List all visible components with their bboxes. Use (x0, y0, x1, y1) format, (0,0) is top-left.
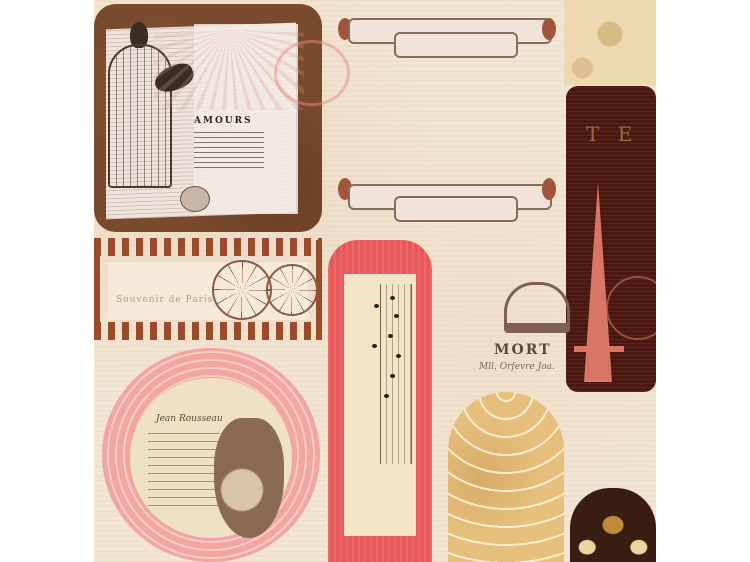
music-note-icon (384, 394, 389, 398)
banner-bottom-front (394, 196, 518, 222)
music-note-icon (390, 296, 395, 300)
banner-top-front (394, 32, 518, 58)
rose-icon (180, 186, 210, 212)
music-note-icon (394, 314, 399, 318)
stripe-card-label: Souvenir de Paris (116, 295, 213, 305)
paris-letters: T E (586, 122, 638, 146)
mort-subtitle: Mll. Orfevre Joa. (479, 362, 555, 372)
music-note-icon (372, 344, 377, 348)
wheel-icon (266, 264, 318, 316)
eiffel-tower-card: T E (566, 86, 656, 392)
wheel-icon (212, 260, 272, 320)
gold-pattern-tag (448, 392, 564, 562)
cupid-ornament-icon (274, 40, 350, 106)
music-note-icon (388, 334, 393, 338)
eiffel-tower-icon (584, 182, 612, 382)
mort-title: MORT (494, 342, 552, 358)
music-note-icon (396, 354, 401, 358)
damask-pattern (564, 0, 656, 85)
music-tag-card (328, 240, 432, 562)
tower-base (574, 346, 624, 352)
scrapbook-paper: AMOURS T E Souvenir de Paris (94, 0, 656, 562)
banner-curl-icon (542, 178, 556, 200)
music-note-icon (390, 374, 395, 378)
amour-text-lines (194, 128, 264, 168)
swirl-ornament-icon (606, 276, 656, 340)
stripe-bottom (94, 322, 322, 340)
sparrow-icon (214, 418, 284, 538)
circle-inner: Jean Rousseau (130, 378, 292, 538)
pink-circle-card: Jean Rousseau (102, 348, 320, 562)
music-note-icon (374, 304, 379, 308)
banner-curl-icon (542, 18, 556, 40)
crown-icon (504, 282, 570, 333)
circle-heading: Jean Rousseau (156, 414, 223, 424)
floral-tag (570, 488, 656, 562)
stripe-side-left (94, 240, 100, 340)
sheet-music (344, 274, 416, 536)
music-staff (380, 284, 412, 464)
stripe-top (94, 238, 322, 256)
circle-text-lines (148, 426, 220, 506)
amour-title: AMOURS (194, 116, 253, 126)
